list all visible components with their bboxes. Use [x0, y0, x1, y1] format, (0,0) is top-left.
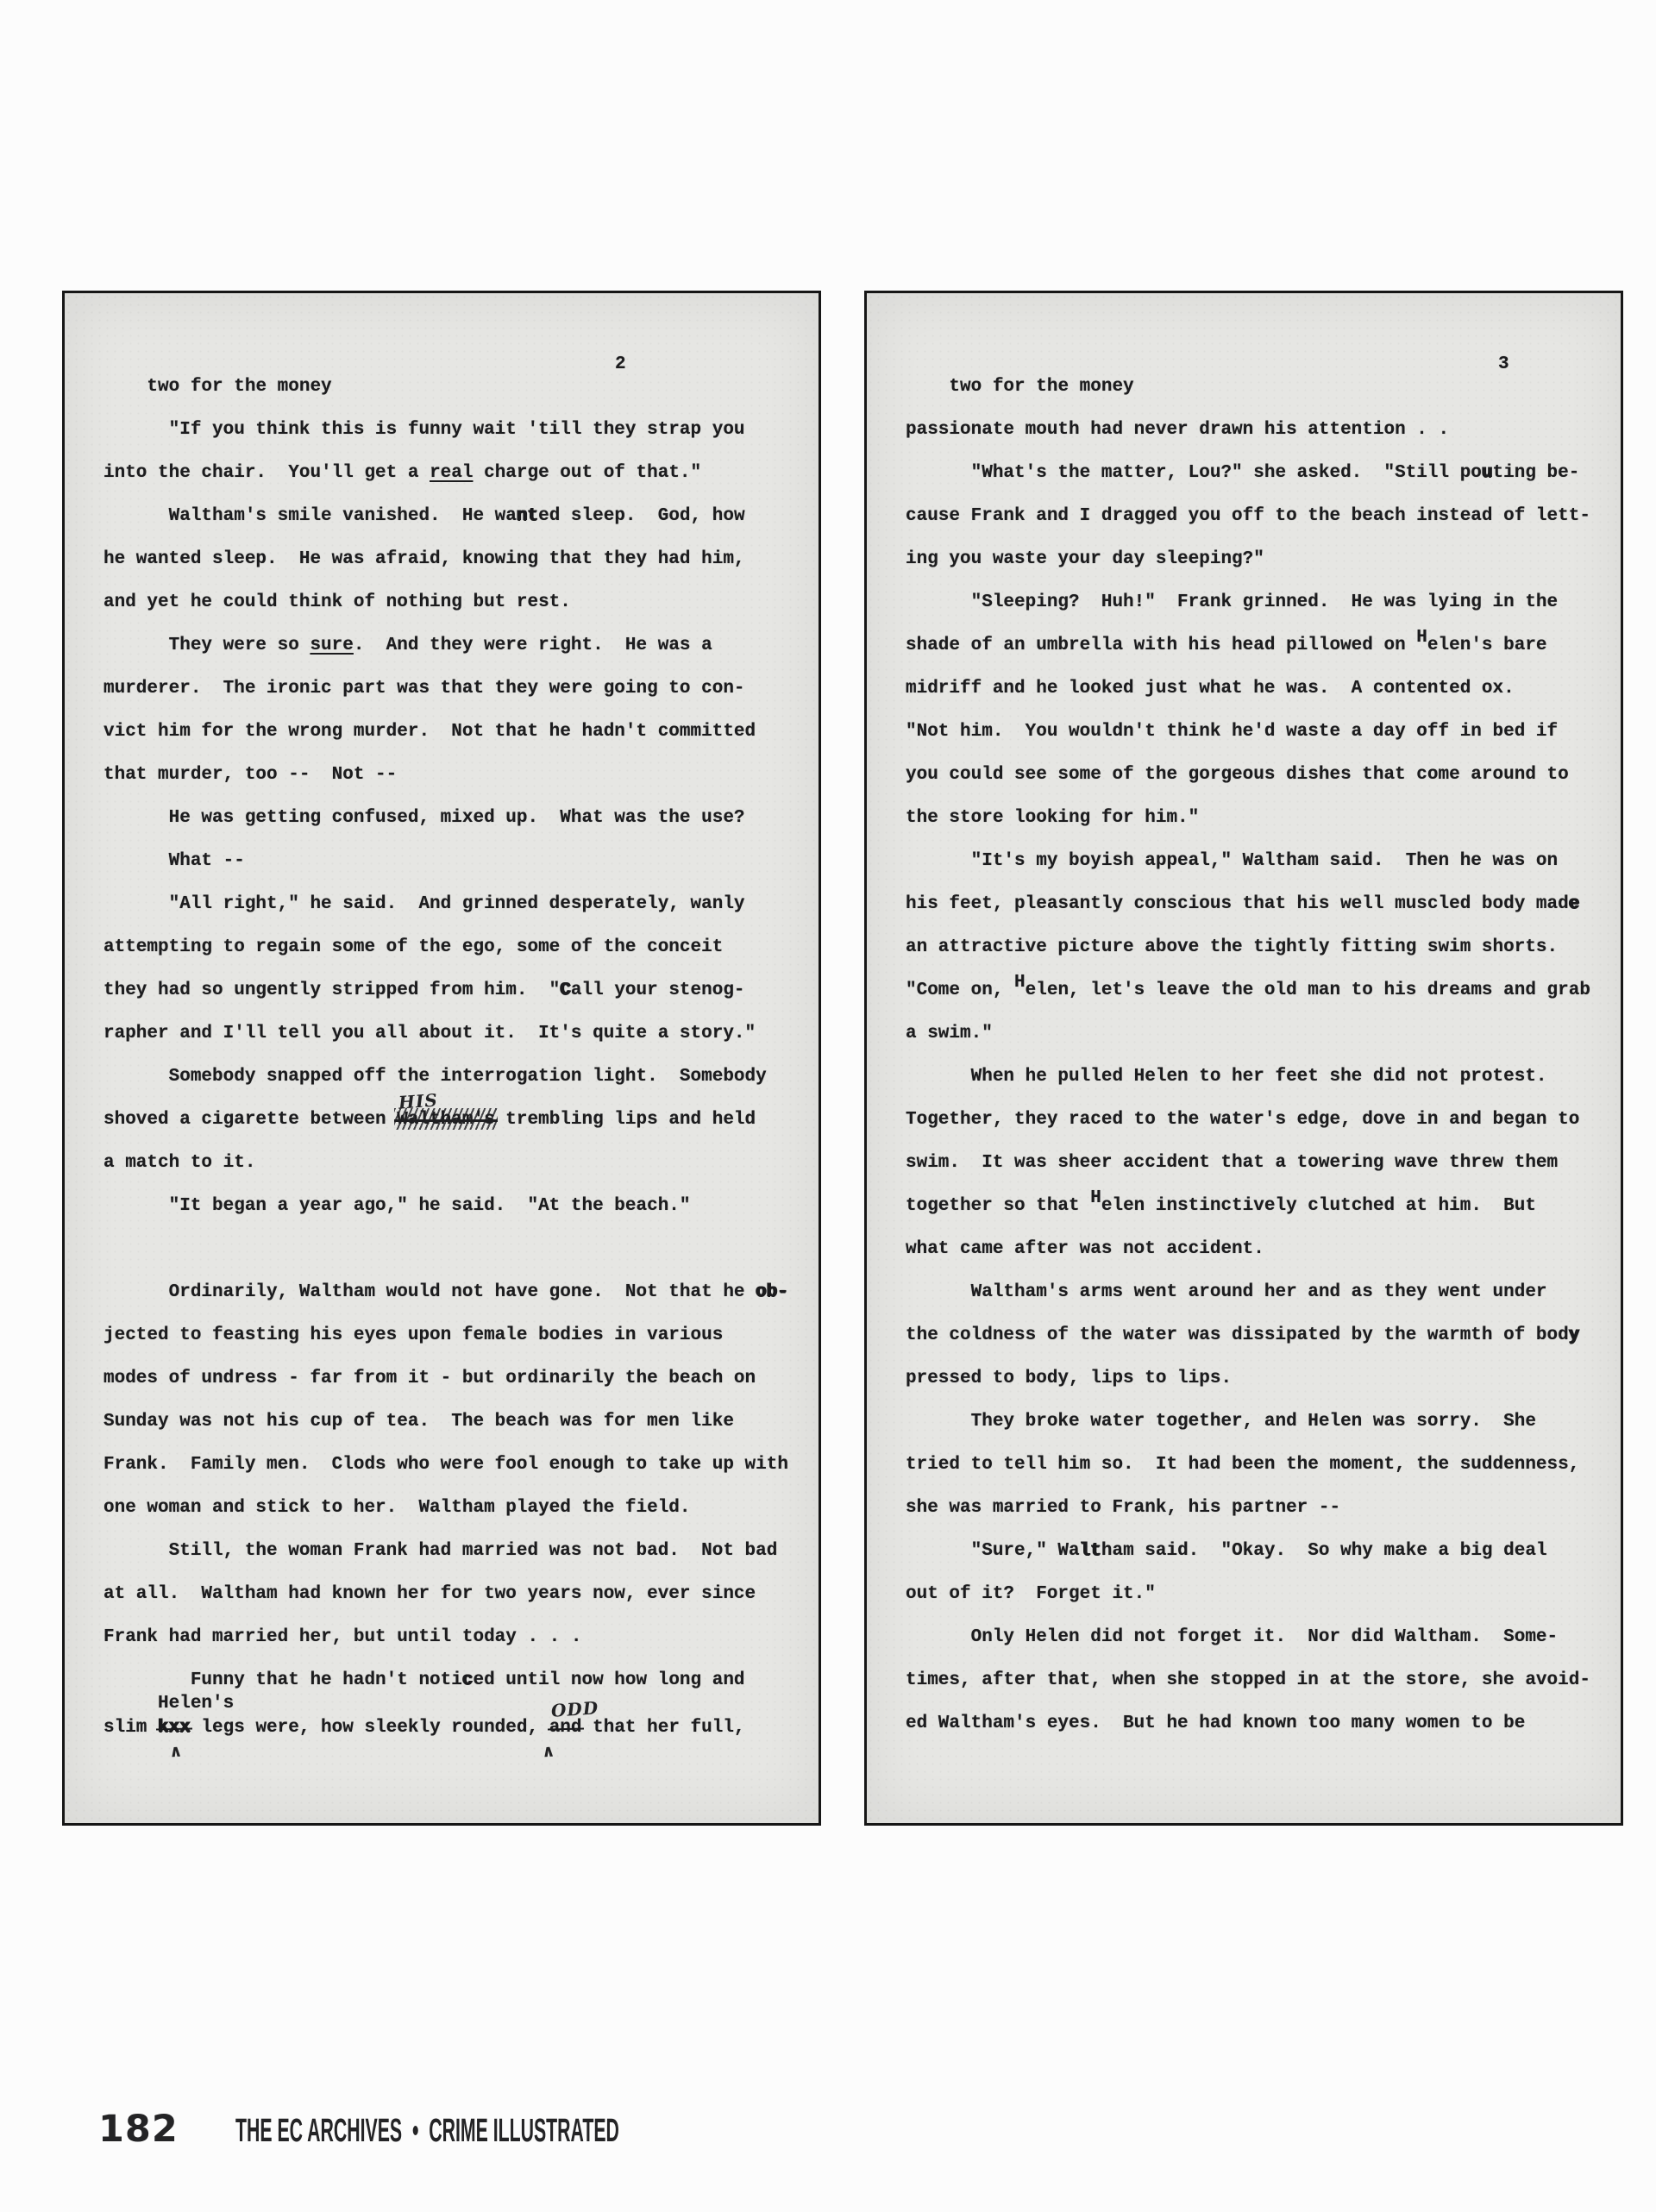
manuscript-page-number: 2 [615, 354, 626, 376]
raised-capital-wrap: H [1416, 635, 1427, 657]
typed-line: out of it? Forget it." [906, 1583, 1596, 1626]
typed-line: shade of an umbrella with his head pillo… [906, 635, 1596, 678]
typed-line: passionate mouth had never drawn his att… [906, 419, 1596, 462]
typed-line: attempting to regain some of the ego, so… [103, 937, 794, 980]
overstruck-letters: C [560, 981, 571, 1000]
overstruck-letters-wrap: lt [1080, 1540, 1101, 1563]
underlined-word-wrap: sure [310, 635, 353, 657]
typed-line: slim kxx legs were, how sleekly rounded,… [103, 1717, 794, 1740]
overstruck-letters-wrap: y [1569, 1325, 1580, 1347]
typed-line: What -- [103, 850, 794, 893]
insertion-caret: ∧ [168, 1739, 184, 1763]
typed-line: a match to it. [103, 1152, 794, 1195]
insertion-caret: ∧ [541, 1739, 556, 1763]
typed-line: modes of undress - far from it - but ord… [103, 1368, 794, 1411]
typed-line: Sunday was not his cup of tea. The beach… [103, 1411, 794, 1454]
overstruck-letters-wrap: nt [517, 505, 538, 528]
typed-line: at all. Waltham had known her for two ye… [103, 1583, 794, 1626]
typed-line: the coldness of the water was dissipated… [906, 1325, 1596, 1368]
typed-line: Helen's [103, 1693, 794, 1717]
typed-line: cause Frank and I dragged you off to the… [906, 505, 1596, 548]
manuscript-header: two for the money 2 [103, 354, 794, 397]
typed-line: a swim." [906, 1023, 1596, 1066]
typed-line: "If you think this is funny wait 'till t… [103, 419, 794, 462]
typed-line: swim. It was sheer accident that a tower… [906, 1152, 1596, 1195]
typed-line: Only Helen did not forget it. Nor did Wa… [906, 1626, 1596, 1670]
book-title: THE EC ARCHIVES • CRIME ILLUSTRATED [235, 2115, 619, 2148]
insertion-caret-wrap: ∧ [169, 1740, 183, 1764]
typed-line: that murder, too -- Not -- [103, 764, 794, 807]
typed-line: midriff and he looked just what he was. … [906, 678, 1596, 721]
typed-line: you could see some of the gorgeous dishe… [906, 764, 1596, 807]
overstruck-letters: nt [517, 506, 538, 526]
typed-line: pressed to body, lips to lips. [906, 1368, 1596, 1411]
overstruck-letters-wrap: C [560, 980, 571, 1002]
typed-line: and yet he could think of nothing but re… [103, 592, 794, 635]
overstruck-letters-wrap: e [1569, 893, 1580, 916]
manuscript-title: two for the money [147, 377, 331, 397]
typed-line: They were so sure. And they were right. … [103, 635, 794, 678]
overstruck-letters-wrap: u [1482, 462, 1493, 485]
overstruck-letters: c [462, 1670, 474, 1690]
handwritten-annotation: HIS [398, 1088, 438, 1113]
handwritten-annotation: ODD [550, 1696, 599, 1722]
typed-line: Waltham's smile vanished. He wanted slee… [103, 505, 794, 548]
typed-line: "What's the matter, Lou?" she asked. "St… [906, 462, 1596, 505]
overstruck-letters-wrap: ob- [756, 1281, 788, 1304]
typed-line: "Not him. You wouldn't think he'd waste … [906, 721, 1596, 764]
typed-line: shoved a cigarette between Waltham'sHIS … [103, 1109, 794, 1152]
typed-line: When he pulled Helen to her feet she did… [906, 1066, 1596, 1109]
underlined-word-wrap: real [430, 462, 473, 485]
typed-line: what came after was not accident. [906, 1238, 1596, 1281]
overstruck-letters: ob- [756, 1282, 788, 1302]
typed-line: "Come on, Helen, let's leave the old man… [906, 980, 1596, 1023]
typed-line: murderer. The ironic part was that they … [103, 678, 794, 721]
manuscript-body: "If you think this is funny wait 'till t… [103, 419, 794, 1770]
insertion-caret-wrap: ∧ [542, 1740, 555, 1764]
manuscript-page-right: two for the money 3 passionate mouth had… [864, 291, 1623, 1826]
overstruck-letters: u [1482, 463, 1493, 483]
underlined-word: real [430, 463, 473, 483]
typed-line: into the chair. You'll get a real charge… [103, 462, 794, 505]
typed-line: his feet, pleasantly conscious that his … [906, 893, 1596, 937]
struck-out-word: kxx [158, 1718, 191, 1738]
raised-capital-wrap: H [1090, 1195, 1101, 1218]
typed-line: jected to feasting his eyes upon female … [103, 1325, 794, 1368]
book-footer: 182 THE EC ARCHIVES • CRIME ILLUSTRATED [98, 2111, 920, 2148]
typed-line: tried to tell him so. It had been the mo… [906, 1454, 1596, 1497]
typed-line: he wanted sleep. He was afraid, knowing … [103, 548, 794, 592]
raised-capital: H [1090, 1187, 1101, 1210]
manuscript-header: two for the money 3 [906, 354, 1596, 397]
typed-line: ∧ ∧ [103, 1740, 794, 1770]
struck-out-word-wrap: andODD [549, 1717, 582, 1739]
manuscript-body: passionate mouth had never drawn his att… [906, 419, 1596, 1756]
typed-line: vict him for the wrong murder. Not that … [103, 721, 794, 764]
typed-line: Still, the woman Frank had married was n… [103, 1540, 794, 1583]
typed-line: times, after that, when she stopped in a… [906, 1670, 1596, 1713]
typed-line: "Sure," Waltham said. "Okay. So why make… [906, 1540, 1596, 1583]
struck-out-word-wrap: kxx [158, 1717, 191, 1739]
raised-capital: H [1014, 972, 1026, 994]
manuscript-page-left: two for the money 2 "If you think this i… [62, 291, 821, 1826]
typed-line: They broke water together, and Helen was… [906, 1411, 1596, 1454]
typed-line: they had so ungently stripped from him. … [103, 980, 794, 1023]
typed-line: "It began a year ago," he said. "At the … [103, 1195, 794, 1238]
typed-line: an attractive picture above the tightly … [906, 937, 1596, 980]
underlined-word: sure [310, 636, 353, 655]
typed-line: Waltham's arms went around her and as th… [906, 1281, 1596, 1325]
book-page-number: 182 [98, 2111, 179, 2148]
raised-capital: H [1416, 627, 1427, 649]
overstruck-letters-wrap: c [462, 1670, 474, 1692]
typed-line: ing you waste your day sleeping?" [906, 548, 1596, 592]
typed-line: "Sleeping? Huh!" Frank grinned. He was l… [906, 592, 1596, 635]
typed-line: He was getting confused, mixed up. What … [103, 807, 794, 850]
typed-line: Frank. Family men. Clods who were fool e… [103, 1454, 794, 1497]
manuscript-page-number: 3 [1498, 354, 1509, 376]
scribbled-out-word-wrap: Waltham'sHIS [397, 1109, 494, 1131]
overstruck-letters: y [1569, 1325, 1580, 1345]
typed-line: the store looking for him." [906, 807, 1596, 850]
typed-line: Together, they raced to the water's edge… [906, 1109, 1596, 1152]
typed-line: together so that Helen instinctively clu… [906, 1195, 1596, 1238]
typed-line: one woman and stick to her. Waltham play… [103, 1497, 794, 1540]
manuscript-title: two for the money [949, 377, 1133, 397]
overstruck-letters: e [1569, 894, 1580, 914]
typed-line: Frank had married her, but until today .… [103, 1626, 794, 1670]
typed-line: rapher and I'll tell you all about it. I… [103, 1023, 794, 1066]
typed-line: "It's my boyish appeal," Waltham said. T… [906, 850, 1596, 893]
typed-line: Somebody snapped off the interrogation l… [103, 1066, 794, 1109]
typed-line: "All right," he said. And grinned desper… [103, 893, 794, 937]
typed-line: Ordinarily, Waltham would not have gone.… [103, 1281, 794, 1325]
typed-line: ed Waltham's eyes. But he had known too … [906, 1713, 1596, 1756]
typed-line: she was married to Frank, his partner -- [906, 1497, 1596, 1540]
book-spread: { "book": { "footer_page_number": "182",… [0, 0, 1656, 2212]
typed-line [103, 1238, 794, 1281]
overstruck-letters: lt [1080, 1541, 1101, 1561]
typed-line: Funny that he hadn't noticed until now h… [103, 1670, 794, 1693]
raised-capital-wrap: H [1014, 980, 1026, 1002]
